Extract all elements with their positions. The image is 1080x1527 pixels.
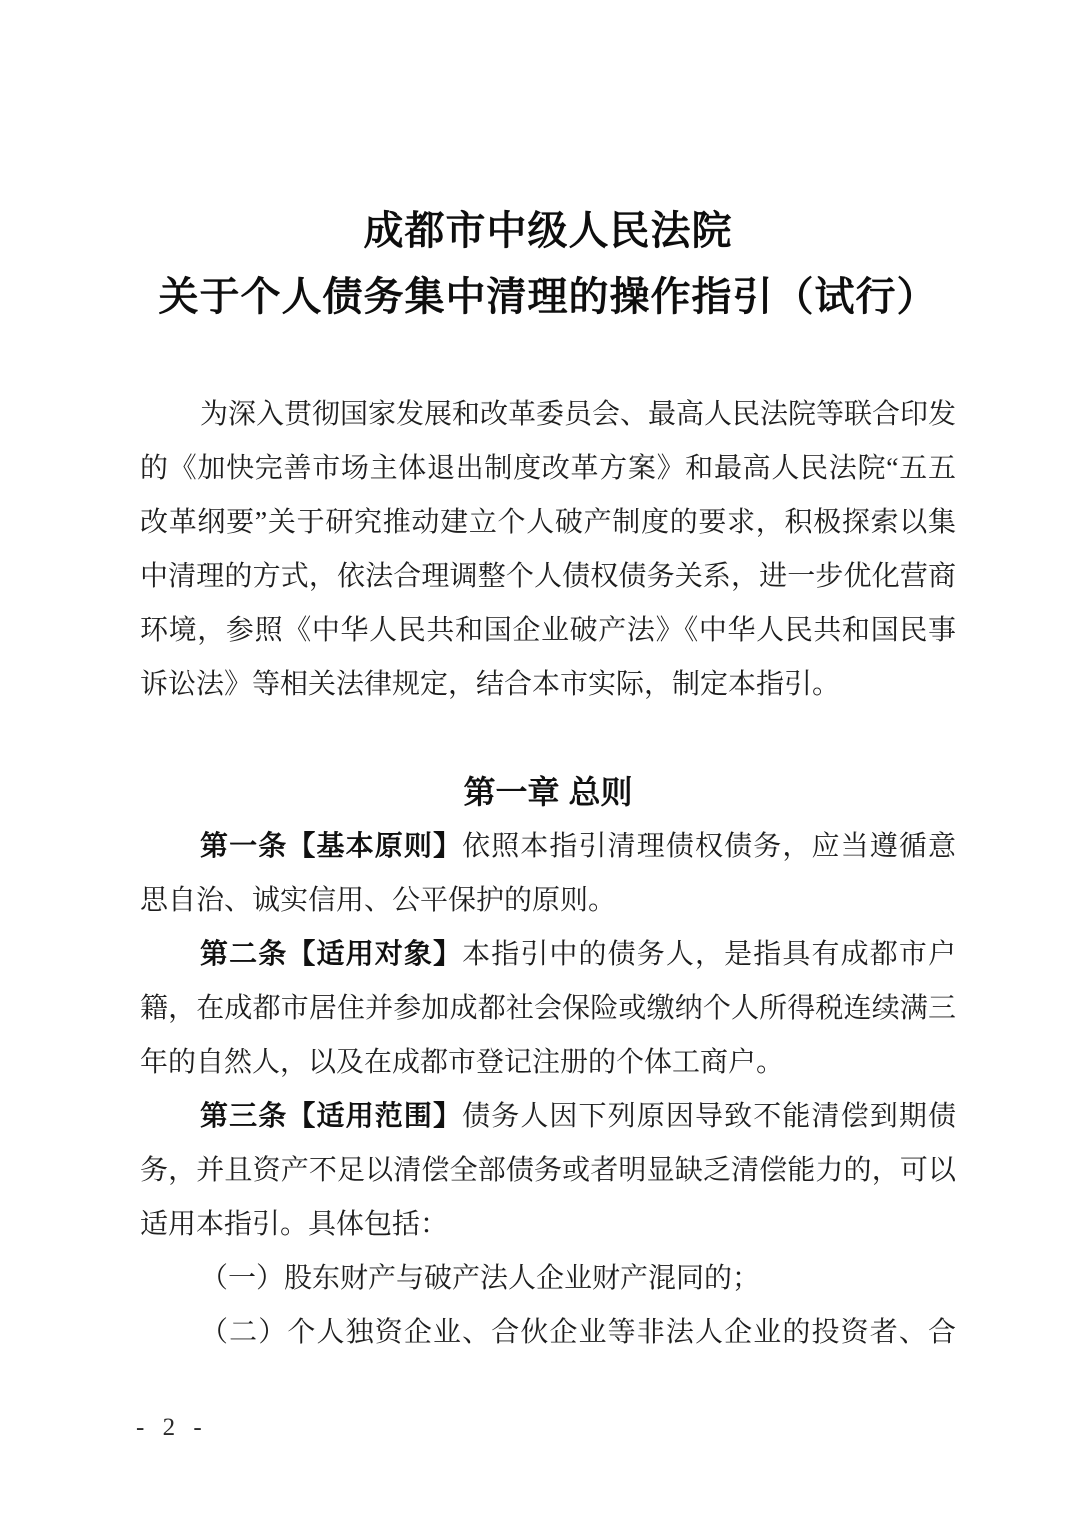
article-2-head: 第二条【适用对象】 <box>200 939 462 970</box>
list-item-2: （二）个人独资企业、合伙企业等非法人企业的投资者、合 <box>140 1306 956 1360</box>
article-3: 第三条【适用范围】债务人因下列原因导致不能清偿到期债务，并且资产不足以清偿全部债… <box>140 1090 956 1252</box>
intro-paragraph: 为深入贯彻国家发展和改革委员会、最高人民法院等联合印发的《加快完善市场主体退出制… <box>140 388 956 712</box>
article-1-head: 第一条【基本原则】 <box>200 831 462 862</box>
title-line-1: 成都市中级人民法院 <box>140 198 956 264</box>
list-item-1: （一）股东财产与破产法人企业财产混同的； <box>140 1252 956 1306</box>
article-3-head: 第三条【适用范围】 <box>200 1101 462 1132</box>
article-1: 第一条【基本原则】依照本指引清理债权债务，应当遵循意思自治、诚实信用、公平保护的… <box>140 820 956 928</box>
title-line-2: 关于个人债务集中清理的操作指引（试行） <box>140 264 956 330</box>
chapter-heading: 第一章 总则 <box>140 764 956 820</box>
document-page: 成都市中级人民法院 关于个人债务集中清理的操作指引（试行） 为深入贯彻国家发展和… <box>0 0 1080 1527</box>
article-2: 第二条【适用对象】本指引中的债务人，是指具有成都市户籍，在成都市居住并参加成都社… <box>140 928 956 1090</box>
document-content: 成都市中级人民法院 关于个人债务集中清理的操作指引（试行） 为深入贯彻国家发展和… <box>140 198 956 1360</box>
document-title: 成都市中级人民法院 关于个人债务集中清理的操作指引（试行） <box>140 198 956 330</box>
page-number: - 2 - <box>136 1414 208 1442</box>
